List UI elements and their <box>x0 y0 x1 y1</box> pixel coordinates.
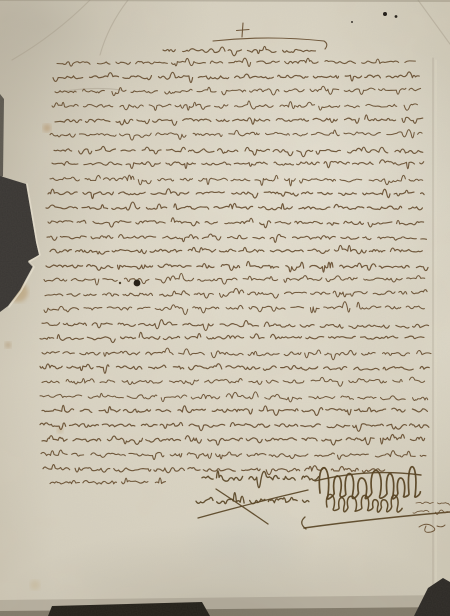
paper-grain <box>0 0 450 616</box>
manuscript-artwork <box>0 0 450 616</box>
scanned-document <box>0 0 450 616</box>
